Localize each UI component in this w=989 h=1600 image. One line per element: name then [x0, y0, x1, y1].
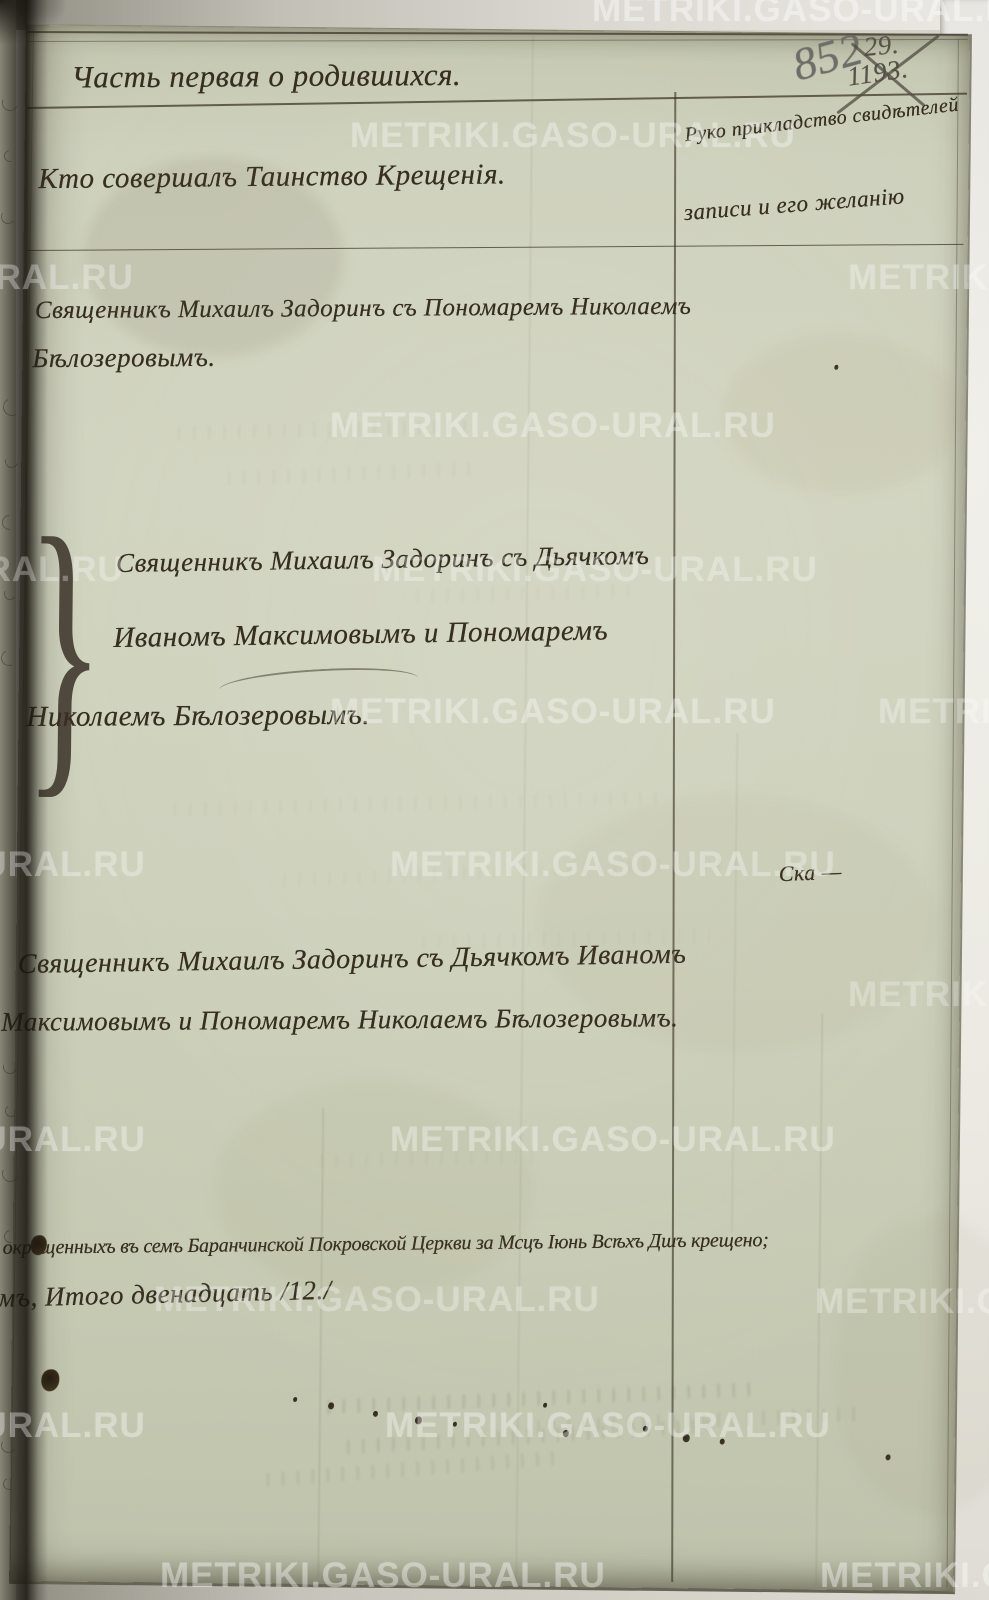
watermark-text: METRIKI.GASO-URAL.RU: [390, 1120, 836, 1160]
watermark-text: METRIKI.GASO-URAL.RU: [0, 845, 146, 885]
ink-speck: [293, 1397, 297, 1402]
watermark-text: METRIKI.GASO-URAL.RU: [330, 406, 776, 446]
watermark-text: METRIKI.GASO-URAL.RU: [372, 550, 818, 590]
witness-column-header-line-2: записи и его желанію: [683, 183, 906, 226]
corner-shadow: [0, 0, 90, 60]
section-title: Часть первая о родившихся.: [71, 57, 461, 96]
ruled-line-title-bottom: [27, 93, 967, 109]
watermark-text: METRIKI.GASO-URAL.RU: [848, 258, 989, 298]
watermark-text: METRIKI.GASO-URAL.RU: [0, 550, 124, 590]
watermark-text: METRIKI.GASO-URAL.RU: [848, 975, 989, 1015]
watermark-text: METRIKI.GASO-URAL.RU: [330, 692, 776, 732]
watermark-text: METRIKI.GASO-URAL.RU: [385, 1406, 831, 1446]
entry-3-line-2: Максимовымъ и Пономаремъ Николаемъ Бѣлоз…: [1, 1002, 678, 1037]
watermark-text: METRIKI.GASO-URAL.RU: [350, 116, 796, 156]
bleed-smudge: [260, 1451, 560, 1488]
watermark-text: METRIKI.GASO-URAL.RU: [592, 0, 989, 30]
bleed-smudge: [221, 461, 481, 486]
watermark-text: METRIKI.GASO-URAL.RU: [815, 1282, 989, 1322]
scanned-metric-book-page: Часть первая о родившихся. 852 29. 1193.…: [0, 0, 989, 1600]
entry-2-line-3: Николаемъ Бѣлозеровымъ.: [26, 699, 370, 734]
watermark-text: METRIKI.GASO-URAL.RU: [878, 692, 989, 732]
book-gutter-shadow: [0, 0, 48, 1600]
ink-speck: [373, 1411, 378, 1417]
watermark-text: METRIKI.GASO-URAL.RU: [390, 845, 836, 885]
watermark-text: METRIKI.GASO-URAL.RU: [154, 1280, 600, 1320]
watermark-text: METRIKI.GASO-URAL.RU: [0, 1120, 146, 1160]
ink-speck: [328, 1402, 334, 1409]
watermark-text: METRIKI.GASO-URAL.RU: [0, 258, 134, 298]
watermark-text: METRIKI.GASO-URAL.RU: [160, 1556, 606, 1596]
watermark-text: METRIKI.GASO-URAL.RU: [0, 1406, 146, 1446]
paper-stain: [830, 1214, 989, 1516]
watermark-text: METRIKI.GASO-URAL.RU: [820, 1556, 989, 1596]
paper-stain: [212, 1077, 534, 1300]
page-sheet: Часть первая о родившихся. 852 29. 1193.…: [9, 24, 972, 1594]
bleed-smudge: [167, 791, 667, 817]
entry-2-line-2: Иваномъ Максимовымъ и Пономаремъ: [113, 614, 608, 655]
